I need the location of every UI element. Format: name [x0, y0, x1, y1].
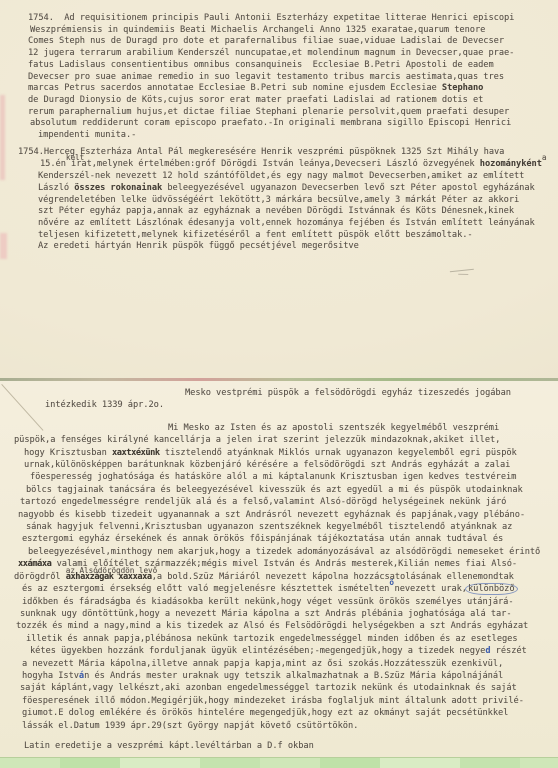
- text-line: intézkedik 1339 ápr.2o.: [0, 399, 558, 411]
- hungarian-entry-1754: 1754.Herceg Eszterháza Antal Pál megkere…: [0, 147, 558, 253]
- text-line: kétes ügyekben hozzánk forduljanak ügyük…: [0, 645, 558, 657]
- text-line: hogy Krisztusban xaxtxéxünk tisztelendő …: [0, 447, 558, 459]
- scan-smudge: [0, 95, 5, 180]
- text-line: föesperesség joghatósága és hatásköre al…: [0, 471, 558, 483]
- text-line: időkben és fáradságba és kiadásokba kerü…: [0, 596, 558, 608]
- text-line: nagyobb és kisebb tizedeit ugyanannak a …: [0, 509, 558, 521]
- text-line: sunknak ugy döntöttünk,hogy a nevezett M…: [0, 608, 558, 620]
- text-line: esztergomi egyház érsekének és annak örö…: [0, 533, 558, 545]
- text-line: saját káplánt,vagy lelkészt,aki azonban …: [0, 682, 558, 694]
- page-2: Mesko vestprémi püspök a felsödörögdi eg…: [0, 381, 558, 757]
- text-line: Kenderszél-nek nevezett 12 hold szántófö…: [0, 171, 558, 183]
- latin-entry-1754: 1754. Ad requisitionem principis Pauli A…: [0, 13, 558, 142]
- struck-out-text: xxámáxa: [18, 559, 51, 569]
- text-line: nővére az említett Lászlónak édesanyja v…: [0, 218, 558, 230]
- text-line: föesperesének illő módon.Megigérjük,hogy…: [0, 695, 558, 707]
- text-line: sának hagyjuk felvenni,Krisztusban ugyan…: [0, 521, 558, 533]
- emphasis-text: d: [485, 646, 490, 656]
- text-line: 12 jugera terrarum arabilium Kenderszél …: [0, 48, 558, 60]
- text-line: dörögdről az Alsódörögdön levőaxhaxzágak…: [0, 571, 558, 583]
- text-line: Comes Steph nus de Duragd pro dote et pa…: [0, 36, 558, 48]
- text-line: Az eredeti hártyán Henrik püspök függő p…: [0, 241, 558, 253]
- text-line: Weszprémiensis in quindemiis Beati Micha…: [0, 25, 558, 37]
- text-line: marcas Petrus sacerdos annotatae Ecclesi…: [0, 83, 558, 95]
- text-line: hogyha István és András mester uraknak u…: [0, 670, 558, 682]
- text-line: illetik és annak papja,plébánosa nekünk …: [0, 633, 558, 645]
- emphasis-text: összes rokonainak: [74, 183, 162, 193]
- emphasis-text: hozományként: [480, 159, 542, 169]
- text-line: urnak,különösképpen barátunknak közbenjá…: [0, 459, 558, 471]
- text-line: lássák el.Datum 1939 ápr.29(szt György n…: [0, 720, 558, 732]
- text-line: de Duragd Dionysio de Köts,cujus soror e…: [0, 95, 558, 107]
- text-line: 15.énkelt írat,melynek értelmében:gróf D…: [0, 158, 558, 171]
- struck-out-text: xaxtxéxünk: [112, 448, 160, 458]
- text-line: beleegyezésével,minthogy nem akarjuk,hog…: [0, 546, 558, 558]
- text-line: 1754. Ad requisitionem principis Pauli A…: [0, 13, 558, 25]
- text-line: és az esztergomi érsekség előtt való meg…: [0, 583, 558, 595]
- scanner-edge-strip: [0, 757, 558, 768]
- text-line: teljesen kifizetett,melynek kifizetésérő…: [0, 230, 558, 242]
- emphasis-text: Stephano: [442, 83, 483, 93]
- pen-circled-text: különböző: [465, 583, 518, 595]
- text-line: rerum paraphernalium hujus,et dictae fil…: [0, 107, 558, 119]
- text-line: Mesko vestprémi püspök a felsödörögdi eg…: [0, 387, 558, 399]
- text-line: giumot.E dolog emlékére és örökös hintel…: [0, 707, 558, 719]
- text-line: a nevezett Mária kápolna,illetve annak p…: [0, 658, 558, 670]
- text-line: Devecser pro suae animae remedio in suo …: [0, 72, 558, 84]
- text-line: püspök,a fenséges királyné kancellárja a…: [0, 434, 558, 446]
- text-line: végrendeletében lelke üdvösségéért leköt…: [0, 195, 558, 207]
- text-line: fatus Ladislaus consentientibus omnibus …: [0, 60, 558, 72]
- scanned-document: 1754. Ad requisitionem principis Pauli A…: [0, 0, 558, 768]
- text-line: szt Péter egyház papja,annak az egyházna…: [0, 206, 558, 218]
- text-line: absolutum reddiderunt coram episcopo pra…: [0, 118, 558, 130]
- emphasis-text: á: [79, 671, 84, 681]
- text-line: tartozó engedelmességre rendeljük alá és…: [0, 496, 558, 508]
- scan-smudge: [0, 233, 7, 259]
- text-line: Mi Mesko az Isten és az apostoli szentsz…: [0, 422, 558, 434]
- entry-1339: Mesko vestprémi püspök a felsödörögdi eg…: [0, 387, 558, 752]
- text-line: Latin eredetije a veszprémi kápt.levéltá…: [0, 740, 558, 752]
- text-line: László összes rokonainak beleegyezésével…: [0, 183, 558, 195]
- text-line: bölcs tagjainak tanácsára és beleegyezés…: [0, 484, 558, 496]
- page-1: 1754. Ad requisitionem principis Pauli A…: [0, 0, 558, 378]
- text-line: impendenti munita.-: [0, 130, 558, 142]
- text-line: tozzék és mind a nagy,mind a kis tizedek…: [0, 620, 558, 632]
